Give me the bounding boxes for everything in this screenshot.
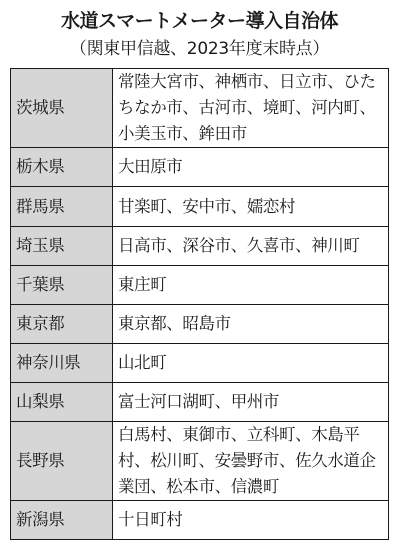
table-row: 茨城県 常陸大宮市、神栖市、日立市、ひたちなか市、古河市、境町、河内町、小美玉市… [11,69,389,148]
prefecture-cell: 神奈川県 [11,344,113,383]
table-row: 千葉県 東庄町 [11,266,389,305]
table-row: 新潟県 十日町村 [11,501,389,540]
prefecture-cell: 千葉県 [11,266,113,305]
prefecture-cell: 栃木県 [11,148,113,187]
prefecture-cell: 群馬県 [11,187,113,227]
municipalities-cell: 甘楽町、安中市、嬬恋村 [113,187,389,227]
table-row: 山梨県 富士河口湖町、甲州市 [11,383,389,422]
prefecture-cell: 東京都 [11,305,113,344]
municipalities-cell: 日高市、深谷市、久喜市、神川町 [113,227,389,266]
table-row: 東京都 東京都、昭島市 [11,305,389,344]
prefecture-cell: 新潟県 [11,501,113,540]
page-subtitle: （関東甲信越、2023年度末時点） [0,38,399,60]
municipality-table: 茨城県 常陸大宮市、神栖市、日立市、ひたちなか市、古河市、境町、河内町、小美玉市… [10,68,389,540]
table-row: 埼玉県 日高市、深谷市、久喜市、神川町 [11,227,389,266]
prefecture-cell: 茨城県 [11,69,113,148]
municipalities-cell: 常陸大宮市、神栖市、日立市、ひたちなか市、古河市、境町、河内町、小美玉市、鉾田市 [113,69,389,148]
municipalities-cell: 白馬村、東御市、立科町、木島平村、松川町、安曇野市、佐久水道企業団、松本市、信濃… [113,422,389,501]
municipalities-cell: 大田原市 [113,148,389,187]
municipalities-cell: 東庄町 [113,266,389,305]
municipalities-cell: 東京都、昭島市 [113,305,389,344]
prefecture-cell: 山梨県 [11,383,113,422]
table-row: 長野県 白馬村、東御市、立科町、木島平村、松川町、安曇野市、佐久水道企業団、松本… [11,422,389,501]
table-row: 神奈川県 山北町 [11,344,389,383]
page-title: 水道スマートメーター導入自治体 [0,9,399,33]
prefecture-cell: 埼玉県 [11,227,113,266]
table-row: 群馬県 甘楽町、安中市、嬬恋村 [11,187,389,227]
prefecture-cell: 長野県 [11,422,113,501]
municipalities-cell: 山北町 [113,344,389,383]
table-row: 栃木県 大田原市 [11,148,389,187]
municipalities-cell: 十日町村 [113,501,389,540]
municipalities-cell: 富士河口湖町、甲州市 [113,383,389,422]
